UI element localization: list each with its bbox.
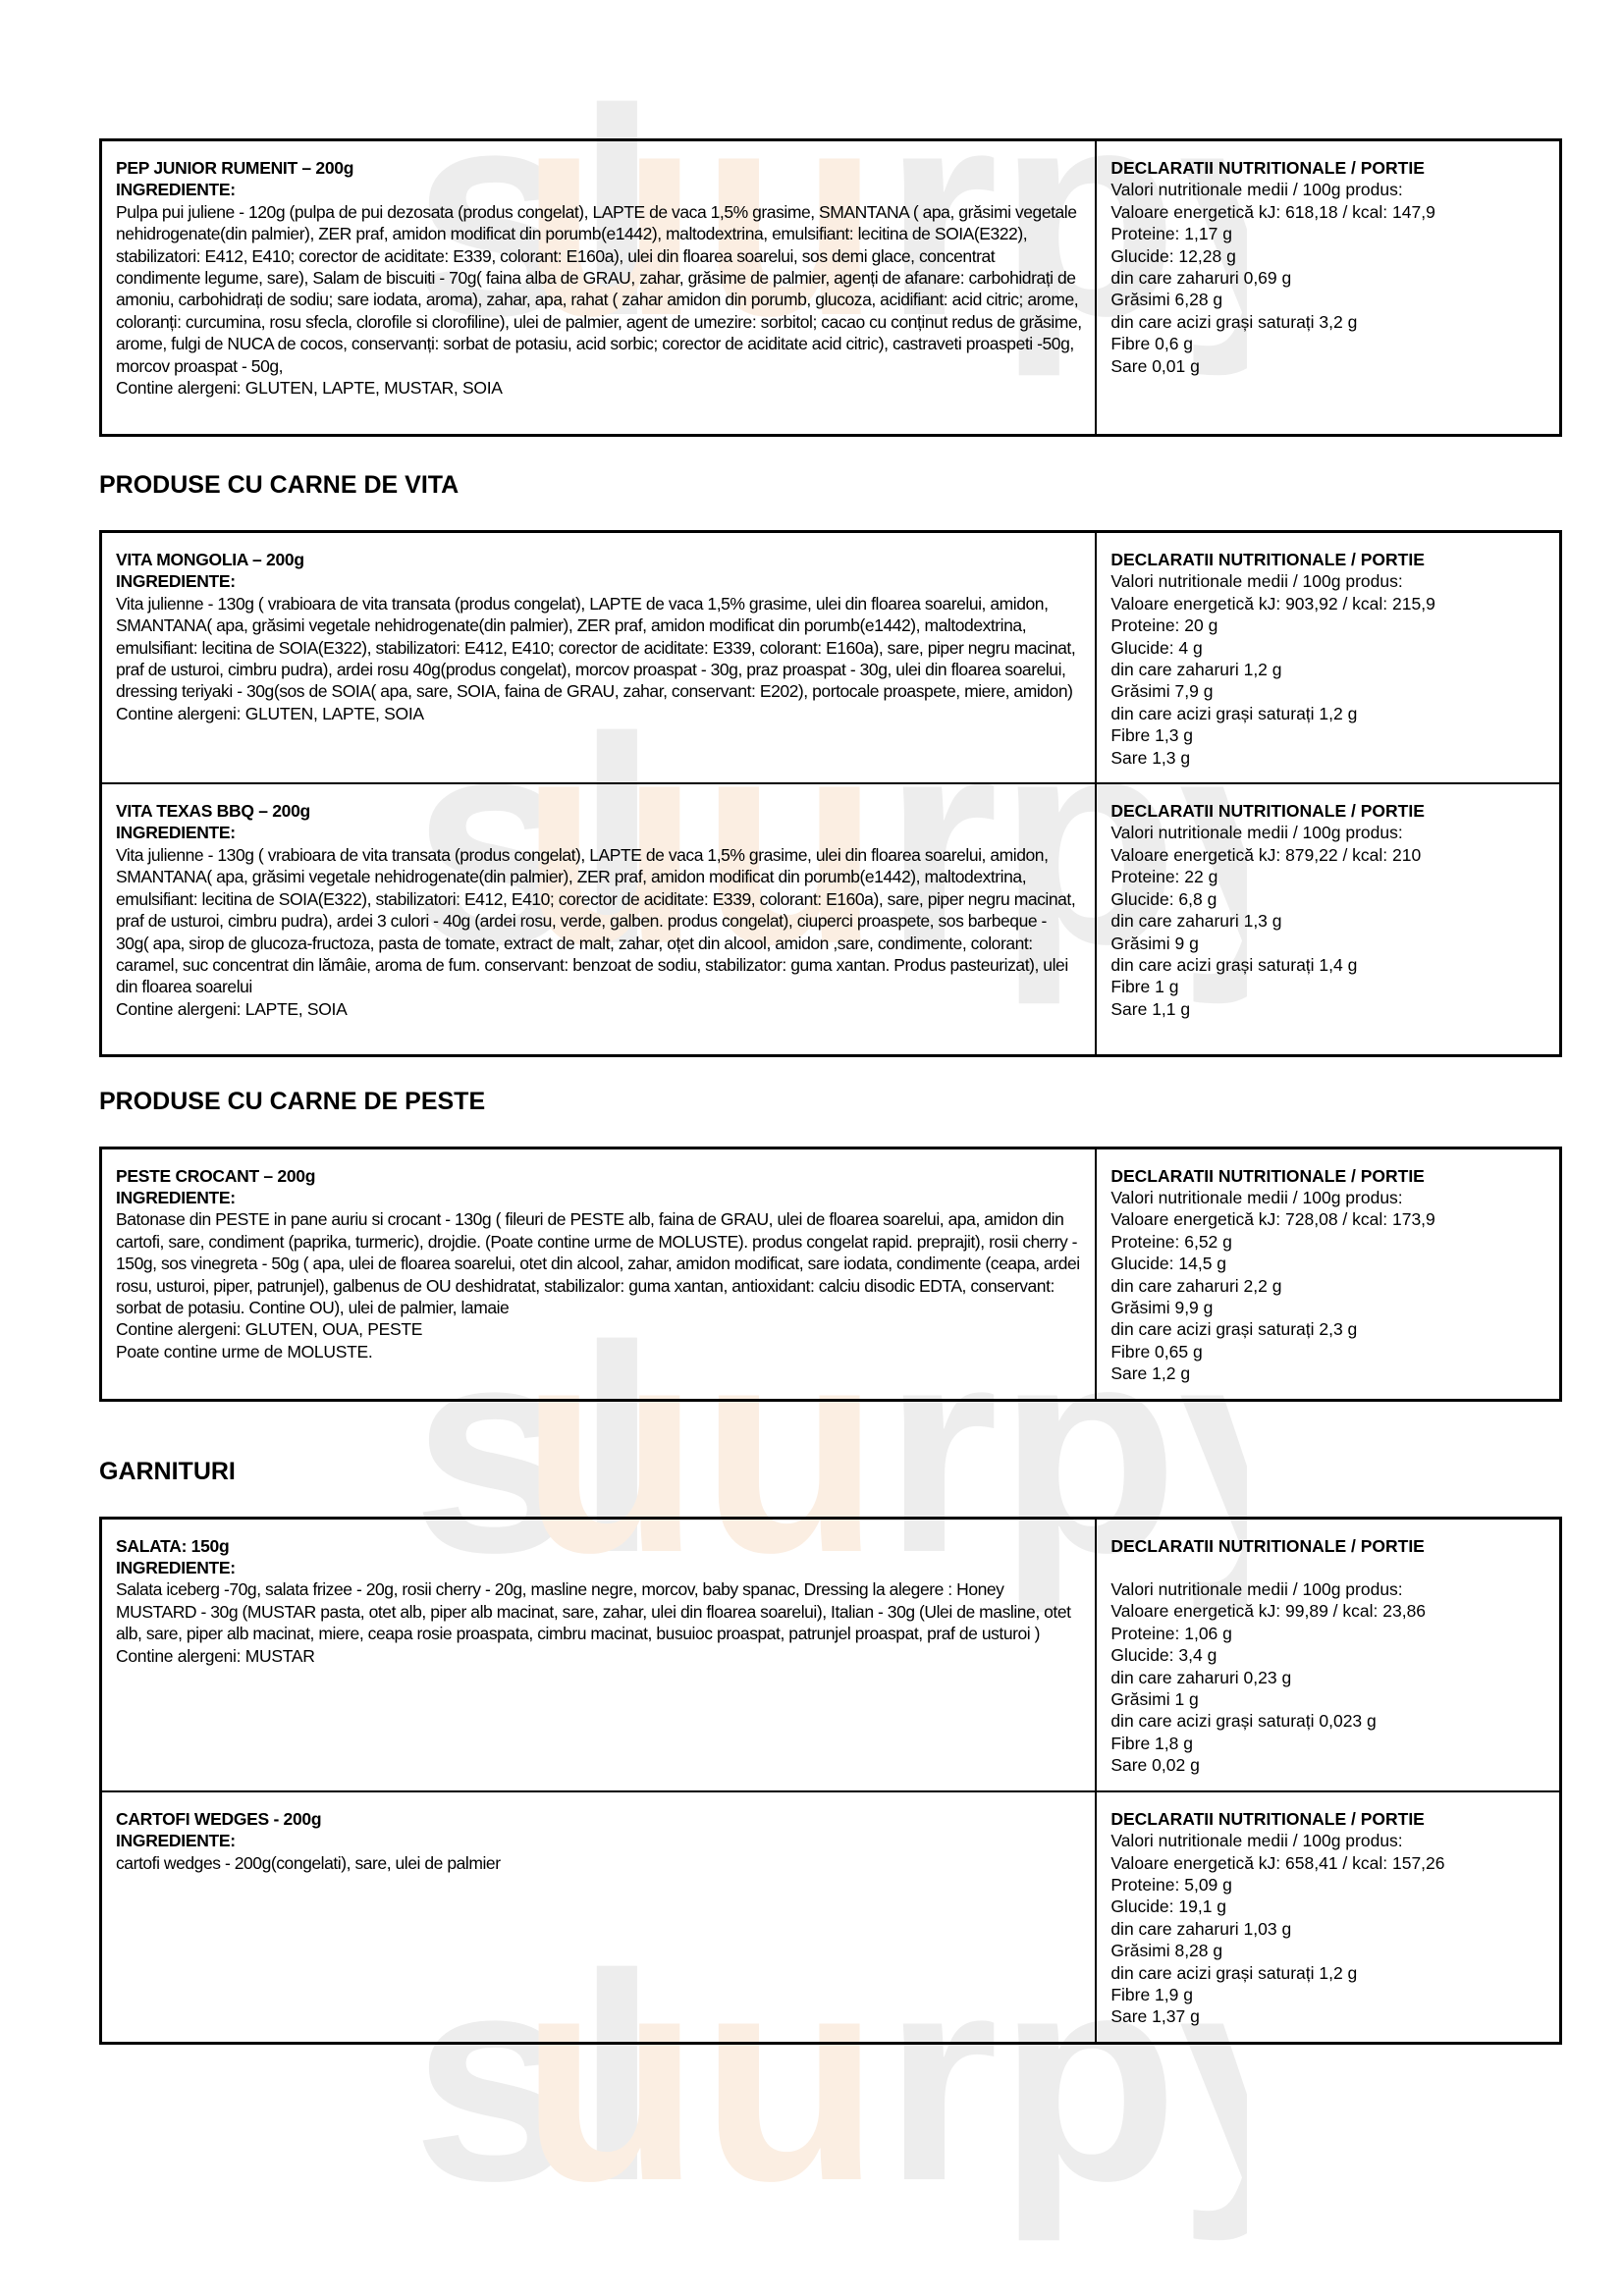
allergens-text: Contine alergeni: GLUTEN, OUA, PESTE — [116, 1318, 1083, 1340]
nutrition-line: Sare 1,37 g — [1110, 2005, 1547, 2027]
product-row: VITA MONGOLIA – 200g INGREDIENTE: Vita j… — [101, 532, 1561, 784]
nutrition-line: din care zaharuri 2,2 g — [1110, 1275, 1547, 1297]
nutrition-line: Valori nutritionale medii / 100g produs: — [1110, 1830, 1547, 1851]
nutrition-line: Fibre 1,3 g — [1110, 724, 1547, 746]
nutrition-line: Glucide: 19,1 g — [1110, 1896, 1547, 1917]
ingredients-text: Vita julienne - 130g ( vrabioara de vita… — [116, 593, 1083, 703]
nutrition-line: Sare 1,2 g — [1110, 1362, 1547, 1384]
nutrition-cell: DECLARATII NUTRITIONALE / PORTIE Valori … — [1096, 532, 1560, 784]
allergens-text: Contine alergeni: GLUTEN, LAPTE, SOIA — [116, 703, 1083, 724]
ingredients-cell: PEP JUNIOR RUMENIT – 200g INGREDIENTE: P… — [101, 140, 1097, 436]
nutrition-title: DECLARATII NUTRITIONALE / PORTIE — [1110, 1808, 1547, 1830]
nutrition-line: Valori nutritionale medii / 100g produs: — [1110, 822, 1547, 843]
nutrition-line: Valoare energetică kJ: 728,08 / kcal: 17… — [1110, 1208, 1547, 1230]
nutrition-line: Valoare energetică kJ: 658,41 / kcal: 15… — [1110, 1852, 1547, 1874]
nutrition-line: Glucide: 6,8 g — [1110, 888, 1547, 910]
nutrition-title: DECLARATII NUTRITIONALE / PORTIE — [1110, 800, 1547, 822]
allergens-text: Contine alergeni: MUSTAR — [116, 1645, 1083, 1667]
ingredients-label: INGREDIENTE: — [116, 1557, 1083, 1578]
product-name: VITA TEXAS BBQ – 200g — [116, 800, 1083, 822]
nutrition-cell: DECLARATII NUTRITIONALE / PORTIE Valori … — [1096, 140, 1560, 436]
nutrition-line: Glucide: 3,4 g — [1110, 1644, 1547, 1666]
nutrition-line: din care acizi grași saturați 3,2 g — [1110, 311, 1547, 333]
section-title-vita: PRODUSE CU CARNE DE VITA — [99, 464, 1562, 506]
allergens-text: Contine alergeni: GLUTEN, LAPTE, MUSTAR,… — [116, 377, 1083, 399]
nutrition-line: Grăsimi 9 g — [1110, 933, 1547, 954]
product-row: CARTOFI WEDGES - 200g INGREDIENTE: carto… — [101, 1791, 1561, 2044]
product-row: PEP JUNIOR RUMENIT – 200g INGREDIENTE: P… — [101, 140, 1561, 436]
may-contain-text: Poate contine urme de MOLUSTE. — [116, 1341, 1083, 1362]
product-name: PEP JUNIOR RUMENIT – 200g — [116, 157, 1083, 179]
product-name: VITA MONGOLIA – 200g — [116, 549, 1083, 570]
ingredients-label: INGREDIENTE: — [116, 179, 1083, 200]
product-table: PESTE CROCANT – 200g INGREDIENTE: Batona… — [99, 1147, 1562, 1402]
nutrition-title: DECLARATII NUTRITIONALE / PORTIE — [1110, 1535, 1547, 1557]
ingredients-label: INGREDIENTE: — [116, 1830, 1083, 1851]
nutrition-line: Valoare energetică kJ: 618,18 / kcal: 14… — [1110, 201, 1547, 223]
nutrition-line: din care zaharuri 1,2 g — [1110, 659, 1547, 680]
nutrition-line: Fibre 0,6 g — [1110, 333, 1547, 354]
nutrition-line: Valoare energetică kJ: 99,89 / kcal: 23,… — [1110, 1600, 1547, 1622]
nutrition-line: Glucide: 12,28 g — [1110, 245, 1547, 267]
nutrition-line: Grăsimi 8,28 g — [1110, 1940, 1547, 1961]
nutrition-line: Sare 0,02 g — [1110, 1754, 1547, 1776]
nutrition-line: Proteine: 6,52 g — [1110, 1231, 1547, 1253]
nutrition-line: Proteine: 20 g — [1110, 614, 1547, 636]
nutrition-line: Valori nutritionale medii / 100g produs: — [1110, 1187, 1547, 1208]
nutrition-cell: DECLARATII NUTRITIONALE / PORTIE Valori … — [1096, 1148, 1560, 1400]
nutrition-line: Fibre 0,65 g — [1110, 1341, 1547, 1362]
nutrition-line: din care zaharuri 1,03 g — [1110, 1918, 1547, 1940]
nutrition-line: Proteine: 22 g — [1110, 866, 1547, 887]
product-table: PEP JUNIOR RUMENIT – 200g INGREDIENTE: P… — [99, 138, 1562, 437]
nutrition-line: Proteine: 5,09 g — [1110, 1874, 1547, 1896]
nutrition-title: DECLARATII NUTRITIONALE / PORTIE — [1110, 157, 1547, 179]
product-name: PESTE CROCANT – 200g — [116, 1165, 1083, 1187]
section-title-garnituri: GARNITURI — [99, 1451, 1562, 1492]
nutrition-line: Valoare energetică kJ: 903,92 / kcal: 21… — [1110, 593, 1547, 614]
ingredients-label: INGREDIENTE: — [116, 570, 1083, 592]
nutrition-line: Glucide: 4 g — [1110, 637, 1547, 659]
nutrition-line: Grăsimi 9,9 g — [1110, 1297, 1547, 1318]
nutrition-line: Sare 0,01 g — [1110, 355, 1547, 377]
menu-allergen-document: PEP JUNIOR RUMENIT – 200g INGREDIENTE: P… — [99, 138, 1562, 2045]
ingredients-text: Pulpa pui juliene - 120g (pulpa de pui d… — [116, 201, 1083, 377]
nutrition-line: Valori nutritionale medii / 100g produs: — [1110, 1578, 1547, 1600]
product-row: SALATA: 150g INGREDIENTE: Salata iceberg… — [101, 1518, 1561, 1791]
product-table: VITA MONGOLIA – 200g INGREDIENTE: Vita j… — [99, 530, 1562, 1057]
nutrition-line: din care acizi grași saturați 1,2 g — [1110, 703, 1547, 724]
nutrition-line: din care acizi grași saturați 1,4 g — [1110, 954, 1547, 976]
nutrition-line: din care acizi grași saturați 0,023 g — [1110, 1710, 1547, 1732]
nutrition-line: Sare 1,3 g — [1110, 747, 1547, 769]
nutrition-spacer — [1110, 1557, 1547, 1578]
nutrition-line: Proteine: 1,06 g — [1110, 1623, 1547, 1644]
nutrition-line: Grăsimi 6,28 g — [1110, 289, 1547, 310]
nutrition-line: Grăsimi 1 g — [1110, 1688, 1547, 1710]
nutrition-line: Fibre 1,8 g — [1110, 1733, 1547, 1754]
ingredients-label: INGREDIENTE: — [116, 1187, 1083, 1208]
nutrition-title: DECLARATII NUTRITIONALE / PORTIE — [1110, 1165, 1547, 1187]
ingredients-text: cartofi wedges - 200g(congelati), sare, … — [116, 1852, 1083, 1874]
ingredients-cell: CARTOFI WEDGES - 200g INGREDIENTE: carto… — [101, 1791, 1097, 2044]
nutrition-line: din care zaharuri 0,69 g — [1110, 267, 1547, 289]
ingredients-cell: VITA MONGOLIA – 200g INGREDIENTE: Vita j… — [101, 532, 1097, 784]
nutrition-line: Fibre 1 g — [1110, 976, 1547, 997]
ingredients-text: Vita julienne - 130g ( vrabioara de vita… — [116, 844, 1083, 998]
nutrition-line: din care zaharuri 1,3 g — [1110, 910, 1547, 932]
ingredients-cell: PESTE CROCANT – 200g INGREDIENTE: Batona… — [101, 1148, 1097, 1400]
product-row: PESTE CROCANT – 200g INGREDIENTE: Batona… — [101, 1148, 1561, 1400]
ingredients-text: Batonase din PESTE in pane auriu si croc… — [116, 1208, 1083, 1318]
product-name: CARTOFI WEDGES - 200g — [116, 1808, 1083, 1830]
nutrition-line: Fibre 1,9 g — [1110, 1984, 1547, 2005]
nutrition-line: din care acizi grași saturați 1,2 g — [1110, 1962, 1547, 1984]
product-name: SALATA: 150g — [116, 1535, 1083, 1557]
nutrition-cell: DECLARATII NUTRITIONALE / PORTIE Valori … — [1096, 1791, 1560, 2044]
ingredients-text: Salata iceberg -70g, salata frizee - 20g… — [116, 1578, 1083, 1644]
ingredients-cell: SALATA: 150g INGREDIENTE: Salata iceberg… — [101, 1518, 1097, 1791]
nutrition-line: Proteine: 1,17 g — [1110, 223, 1547, 244]
product-table: SALATA: 150g INGREDIENTE: Salata iceberg… — [99, 1517, 1562, 2045]
nutrition-line: Glucide: 14,5 g — [1110, 1253, 1547, 1274]
allergens-text: Contine alergeni: LAPTE, SOIA — [116, 998, 1083, 1020]
nutrition-cell: DECLARATII NUTRITIONALE / PORTIE Valori … — [1096, 783, 1560, 1055]
nutrition-line: Valoare energetică kJ: 879,22 / kcal: 21… — [1110, 844, 1547, 866]
nutrition-title: DECLARATII NUTRITIONALE / PORTIE — [1110, 549, 1547, 570]
nutrition-line: Valori nutritionale medii / 100g produs: — [1110, 179, 1547, 200]
nutrition-line: din care zaharuri 0,23 g — [1110, 1667, 1547, 1688]
ingredients-cell: VITA TEXAS BBQ – 200g INGREDIENTE: Vita … — [101, 783, 1097, 1055]
nutrition-cell: DECLARATII NUTRITIONALE / PORTIE Valori … — [1096, 1518, 1560, 1791]
nutrition-line: din care acizi grași saturați 2,3 g — [1110, 1318, 1547, 1340]
section-title-peste: PRODUSE CU CARNE DE PESTE — [99, 1081, 1562, 1122]
ingredients-label: INGREDIENTE: — [116, 822, 1083, 843]
nutrition-line: Sare 1,1 g — [1110, 998, 1547, 1020]
nutrition-line: Valori nutritionale medii / 100g produs: — [1110, 570, 1547, 592]
nutrition-line: Grăsimi 7,9 g — [1110, 680, 1547, 702]
product-row: VITA TEXAS BBQ – 200g INGREDIENTE: Vita … — [101, 783, 1561, 1055]
